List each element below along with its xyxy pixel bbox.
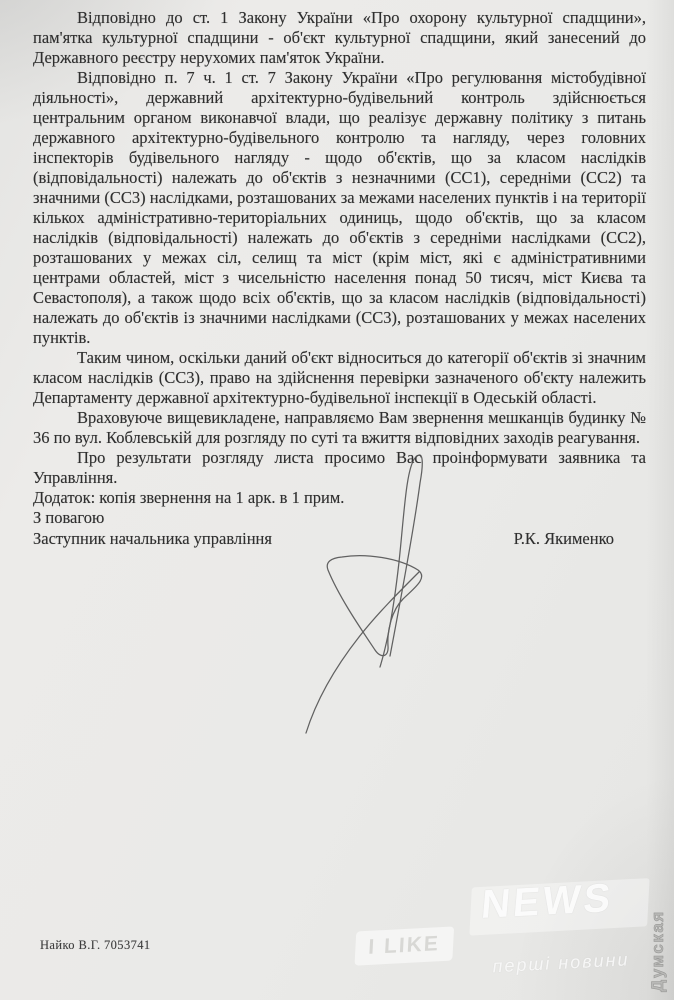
watermark-news-text: NEWS bbox=[479, 876, 615, 928]
attachment-note: Додаток: копія звернення на 1 арк. в 1 п… bbox=[33, 488, 646, 508]
scanned-letter-page: Відповідно до ст. 1 Закону України «Про … bbox=[0, 0, 674, 1000]
paragraph-urban-planning-law: Відповідно п. 7 ч. 1 ст. 7 Закону Україн… bbox=[33, 68, 646, 348]
paragraph-forwarding-request: Враховуюче вищевикладене, направляємо Ва… bbox=[33, 408, 646, 448]
watermark-badge: I LIKE bbox=[354, 926, 453, 965]
watermark-badge-text: I LIKE bbox=[368, 932, 441, 959]
signer-name: Р.К. Якименко bbox=[514, 529, 646, 549]
paragraph-inform-request: Про результати розгляду листа просимо Ва… bbox=[33, 448, 646, 488]
paragraph-heritage-law: Відповідно до ст. 1 Закону України «Про … bbox=[33, 8, 646, 68]
signer-title: Заступник начальника управління bbox=[33, 529, 272, 549]
news-site-watermark: I LIKE NEWS перші новини bbox=[342, 872, 658, 1000]
closing-row: Заступник начальника управління Р.К. Яки… bbox=[33, 529, 646, 549]
site-watermark-label: Думская bbox=[648, 910, 668, 992]
watermark-news-slab bbox=[469, 878, 649, 936]
signature-triangle-stroke bbox=[327, 556, 421, 656]
signature-tail-stroke bbox=[306, 572, 419, 733]
watermark-subtitle: перші новини bbox=[492, 949, 630, 977]
closing-salutation: З повагою bbox=[33, 508, 646, 528]
letter-body: Відповідно до ст. 1 Закону України «Про … bbox=[33, 8, 646, 549]
footer-reference: Найко В.Г. 7053741 bbox=[40, 938, 151, 953]
paragraph-conclusion-cc3: Таким чином, оскільки даний об'єкт відно… bbox=[33, 348, 646, 408]
